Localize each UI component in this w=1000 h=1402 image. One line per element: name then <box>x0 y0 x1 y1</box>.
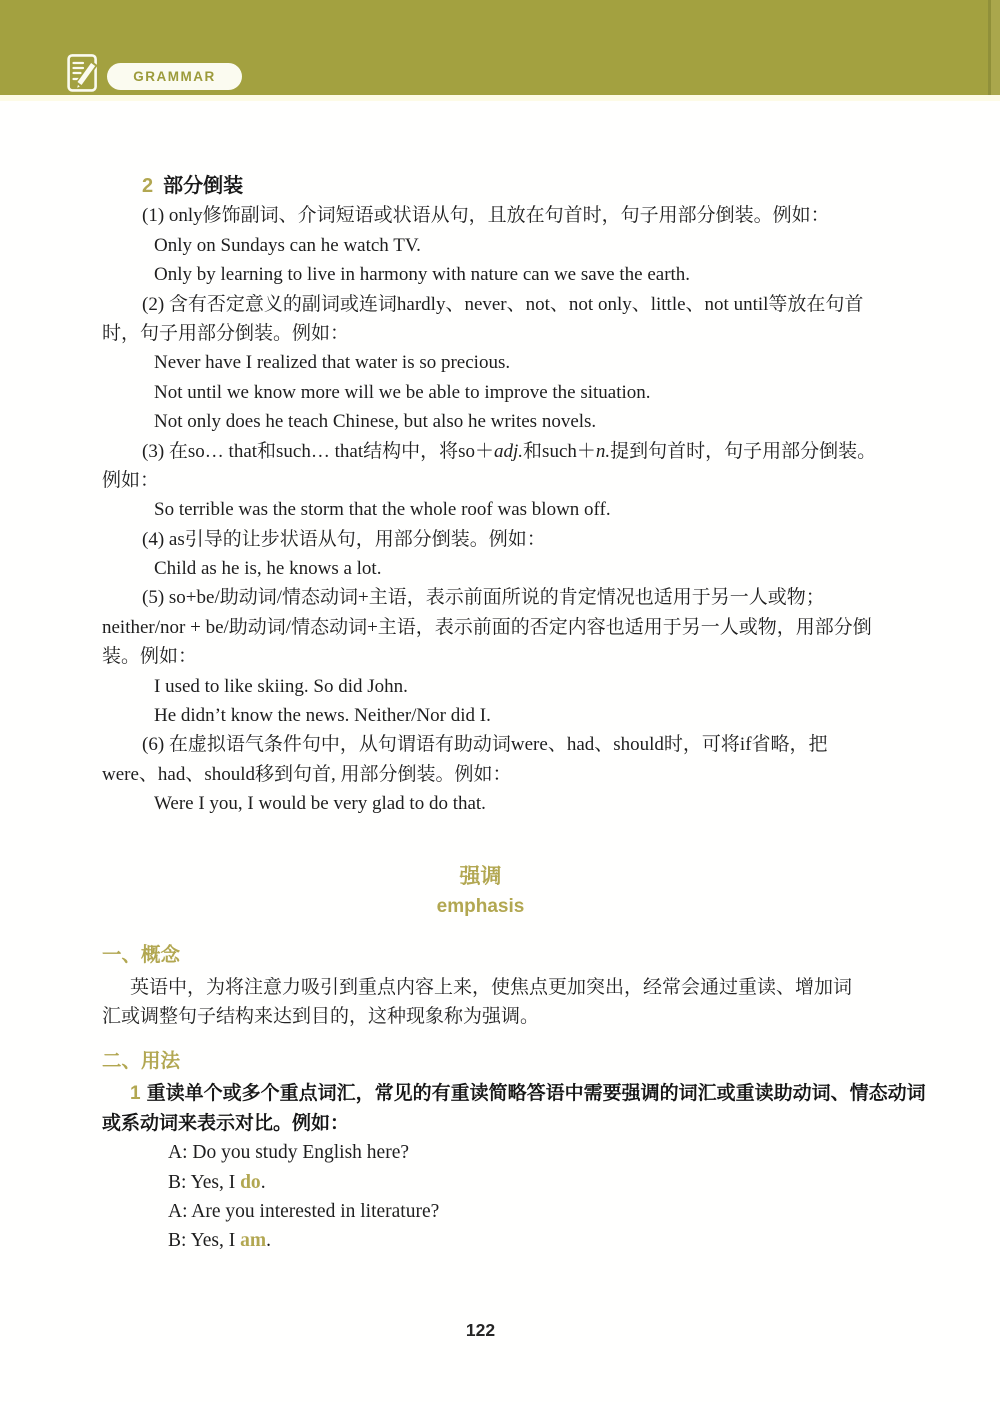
paragraph-line: were、had、should移到句首, 用部分倒装。例如： <box>102 760 859 789</box>
paragraph-segment: 提到句首时，句子用部分倒装。 <box>610 441 876 462</box>
paragraph-segment: 和such＋ <box>523 441 596 462</box>
paragraph-segment: (3) 在so… that和such… that结构中，将so＋ <box>142 441 494 462</box>
section-heading-title: 部分倒装 <box>163 175 243 197</box>
band-edge-highlight <box>991 0 1000 95</box>
example-line: Never have I realized that water is so p… <box>102 348 859 377</box>
dialogue-segment: . <box>266 1230 271 1251</box>
example-line: So terrible was the storm that the whole… <box>102 495 859 524</box>
paragraph-line: (6) 在虚拟语气条件句中，从句谓语有助动词were、had、should时，可… <box>102 730 859 759</box>
dialogue-segment: B: Yes, I <box>168 1230 240 1251</box>
example-line: He didn’t know the news. Neither/Nor did… <box>102 701 859 730</box>
section-title-zh: 强调 <box>102 862 859 892</box>
paragraph-line: (5) so+be/助动词/情态动词+主语，表示前面所说的肯定情况也适用于另一人… <box>102 583 859 612</box>
paragraph-line: (2) 含有否定意义的副词或连词hardly、never、not、not onl… <box>102 290 859 319</box>
paragraph-line: (4) as引导的让步状语从句，用部分倒装。例如： <box>102 525 859 554</box>
usage-line: 1重读单个或多个重点词汇，常见的有重读简略答语中需要强调的词汇或重读助动词、情态… <box>102 1079 859 1108</box>
concept-line: 英语中，为将注意力吸引到重点内容上来，使焦点更加突出，经常会通过重读、增加词 <box>102 973 859 1002</box>
example-line: Only on Sundays can he watch TV. <box>102 231 859 260</box>
example-line: Were I you, I would be very glad to do t… <box>102 789 859 818</box>
subsection-heading-usage: 二、用法 <box>102 1046 859 1076</box>
emphasized-word: do <box>240 1172 261 1193</box>
paragraph-line: 时，句子用部分倒装。例如： <box>102 319 859 348</box>
section-title-en: emphasis <box>102 892 859 922</box>
dialogue-line: B: Yes, I am. <box>102 1226 859 1255</box>
italic-term: n. <box>596 441 610 462</box>
document-pencil-icon <box>67 53 103 93</box>
dialogue-line: A: Do you study English here? <box>102 1138 859 1167</box>
paragraph-line: 装。例如： <box>102 642 859 671</box>
example-line: Child as he is, he knows a lot. <box>102 554 859 583</box>
band-edge-shadow <box>988 0 991 95</box>
grammar-tab: GRAMMAR <box>107 63 242 90</box>
band-underline <box>0 95 1000 101</box>
usage-item-number: 1 <box>130 1083 141 1104</box>
example-line: Not until we know more will we be able t… <box>102 378 859 407</box>
example-line: I used to like skiing. So did John. <box>102 672 859 701</box>
subsection-heading-concept: 一、概念 <box>102 940 859 970</box>
header-band: GRAMMAR <box>0 0 1000 95</box>
dialogue-segment: . <box>261 1172 266 1193</box>
paragraph-line: 例如： <box>102 466 859 495</box>
grammar-tab-label: GRAMMAR <box>133 69 216 84</box>
page-content: 2部分倒装 (1) only修饰副词、介词短语或状语从句，且放在句首时，句子用部… <box>102 172 859 1256</box>
italic-term: adj. <box>494 441 523 462</box>
section-heading: 2部分倒装 <box>102 172 859 201</box>
concept-line: 汇或调整句子结构来达到目的，这种现象称为强调。 <box>102 1002 859 1031</box>
paragraph-line: (1) only修饰副词、介词短语或状语从句，且放在句首时，句子用部分倒装。例如… <box>102 201 859 230</box>
dialogue-segment: B: Yes, I <box>168 1172 240 1193</box>
usage-line: 或系动词来表示对比。例如： <box>102 1109 859 1138</box>
page-number: 122 <box>102 1320 859 1341</box>
emphasized-word: am <box>240 1230 266 1251</box>
book-page: GRAMMAR 2部分倒装 (1) only修饰副词、介词短语或状语从句，且放在… <box>0 0 1000 1402</box>
example-line: Not only does he teach Chinese, but also… <box>102 407 859 436</box>
section-heading-number: 2 <box>142 175 153 197</box>
paragraph-line: (3) 在so… that和such… that结构中，将so＋adj.和suc… <box>102 437 859 466</box>
paragraph-line: neither/nor + be/助动词/情态动词+主语，表示前面的否定内容也适… <box>102 613 859 642</box>
usage-text: 重读单个或多个重点词汇，常见的有重读简略答语中需要强调的词汇或重读助动词、情态动… <box>147 1083 926 1104</box>
example-line: Only by learning to live in harmony with… <box>102 260 859 289</box>
dialogue-line: B: Yes, I do. <box>102 1168 859 1197</box>
dialogue-line: A: Are you interested in literature? <box>102 1197 859 1226</box>
